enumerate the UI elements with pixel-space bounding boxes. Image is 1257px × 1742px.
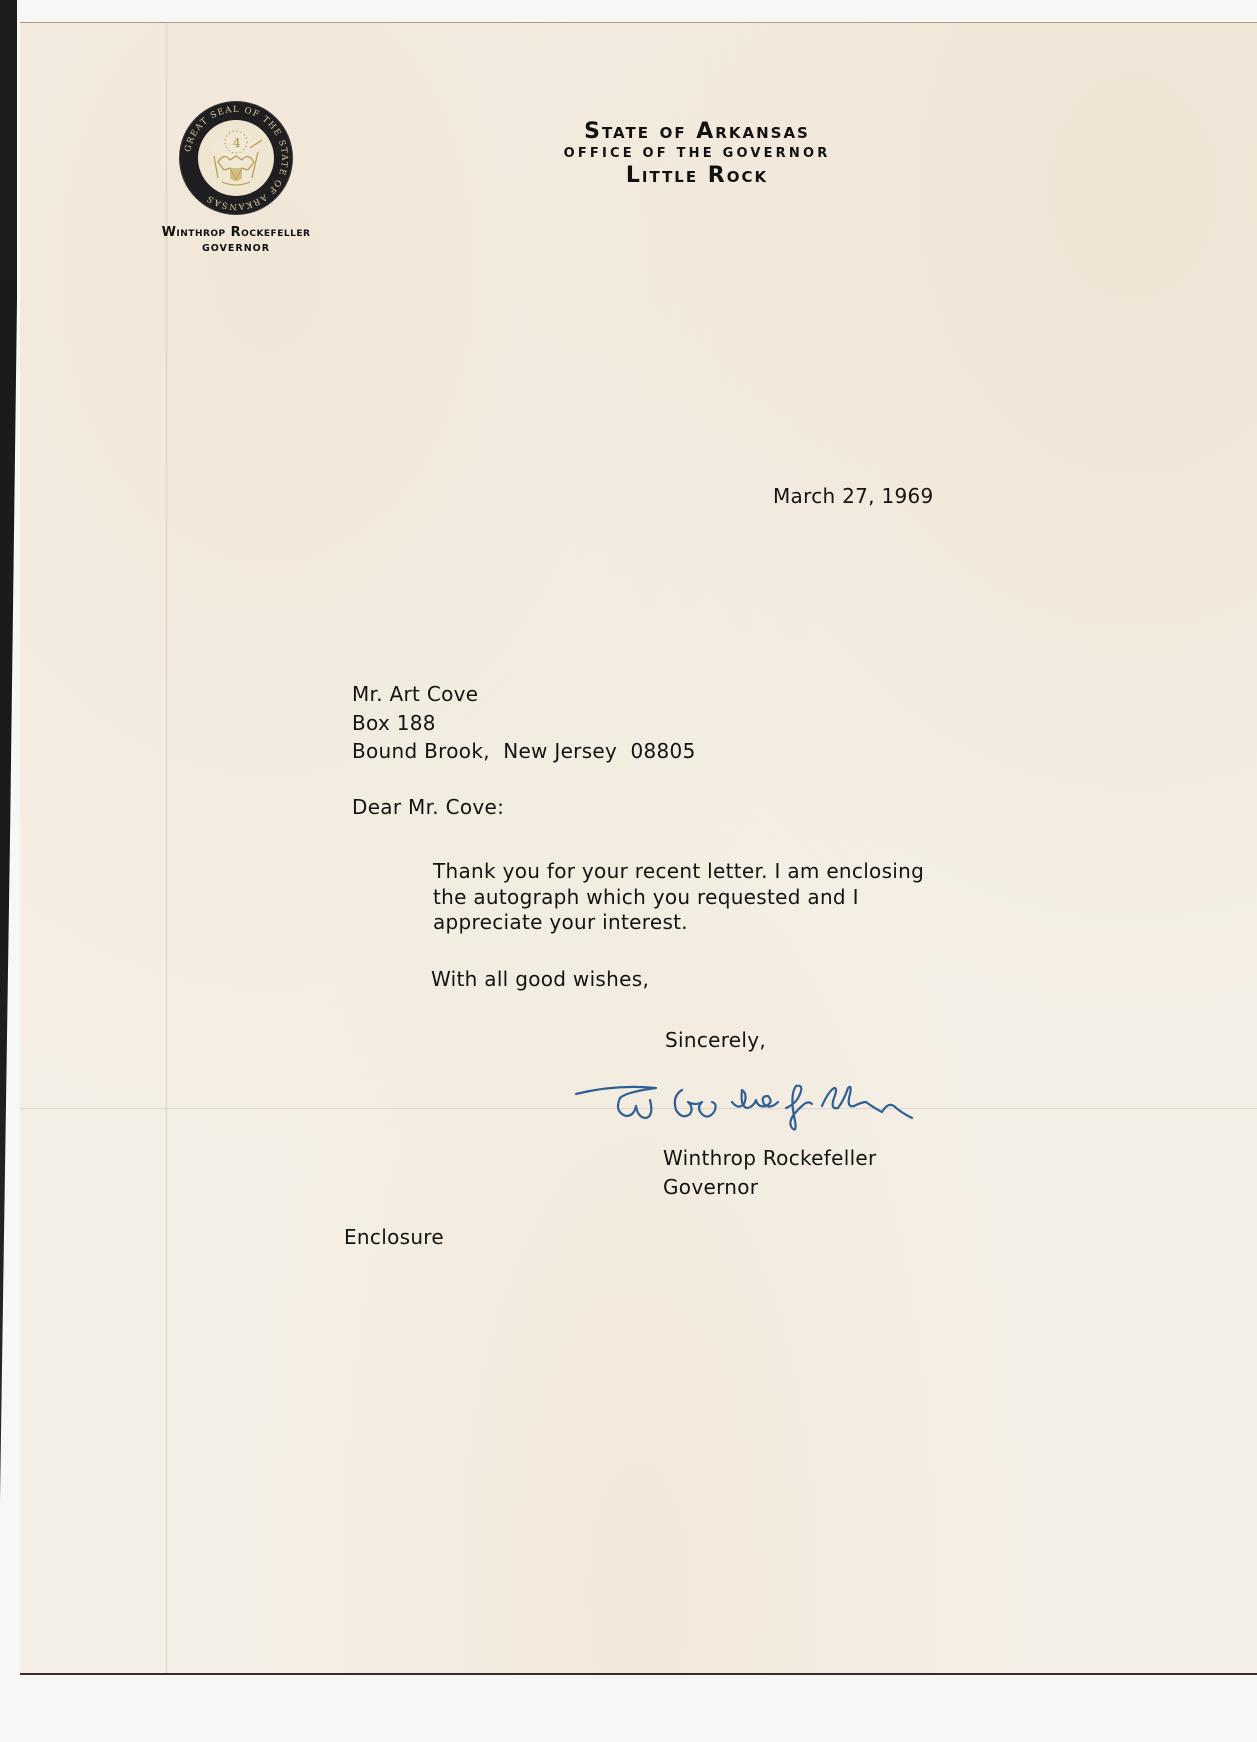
letterhead-governor-name: Winthrop Rockefeller [120, 225, 352, 240]
letterhead-city: Little Rock [497, 162, 897, 190]
paper-fold-vertical [165, 22, 168, 1673]
salutation: Dear Mr. Cove: [352, 795, 504, 819]
state-seal-icon: GREAT SEAL OF THE STATE OF ARKANSAS 4 [180, 102, 292, 214]
letter-paper [20, 22, 1257, 1675]
letterhead: State of Arkansas OFFICE OF THE GOVERNOR… [497, 118, 897, 190]
body-paragraph: Thank you for your recent letter. I am e… [352, 859, 962, 936]
signature-icon [572, 1072, 972, 1152]
scanner-edge [0, 0, 17, 1500]
svg-text:4: 4 [233, 136, 241, 150]
signature-block: Winthrop Rockefeller Governor [663, 1144, 877, 1202]
enclosure-notation: Enclosure [344, 1225, 444, 1249]
letter-body: Thank you for your recent letter. I am e… [352, 859, 962, 936]
seal-artwork: GREAT SEAL OF THE STATE OF ARKANSAS 4 [180, 102, 292, 214]
letterhead-office: OFFICE OF THE GOVERNOR [497, 146, 897, 162]
closing-wish: With all good wishes, [431, 967, 649, 991]
signer-title: Governor [663, 1173, 877, 1202]
svg-text:GREAT SEAL OF THE STATE OF ARK: GREAT SEAL OF THE STATE OF ARKANSAS [183, 105, 289, 211]
signer-name: Winthrop Rockefeller [663, 1144, 877, 1173]
recipient-name: Mr. Art Cove [352, 680, 696, 709]
letterhead-governor-title: GOVERNOR [120, 243, 352, 254]
recipient-address: Mr. Art Cove Box 188 Bound Brook, New Je… [352, 680, 696, 766]
recipient-address-line2: Bound Brook, New Jersey 08805 [352, 737, 696, 766]
complimentary-close: Sincerely, [665, 1028, 766, 1052]
seal-text: GREAT SEAL OF THE STATE OF ARKANSAS [183, 105, 289, 211]
recipient-address-line1: Box 188 [352, 709, 696, 738]
letter-date: March 27, 1969 [773, 484, 934, 508]
governor-name-block: Winthrop Rockefeller GOVERNOR [120, 225, 352, 254]
letterhead-state: State of Arkansas [497, 118, 897, 146]
